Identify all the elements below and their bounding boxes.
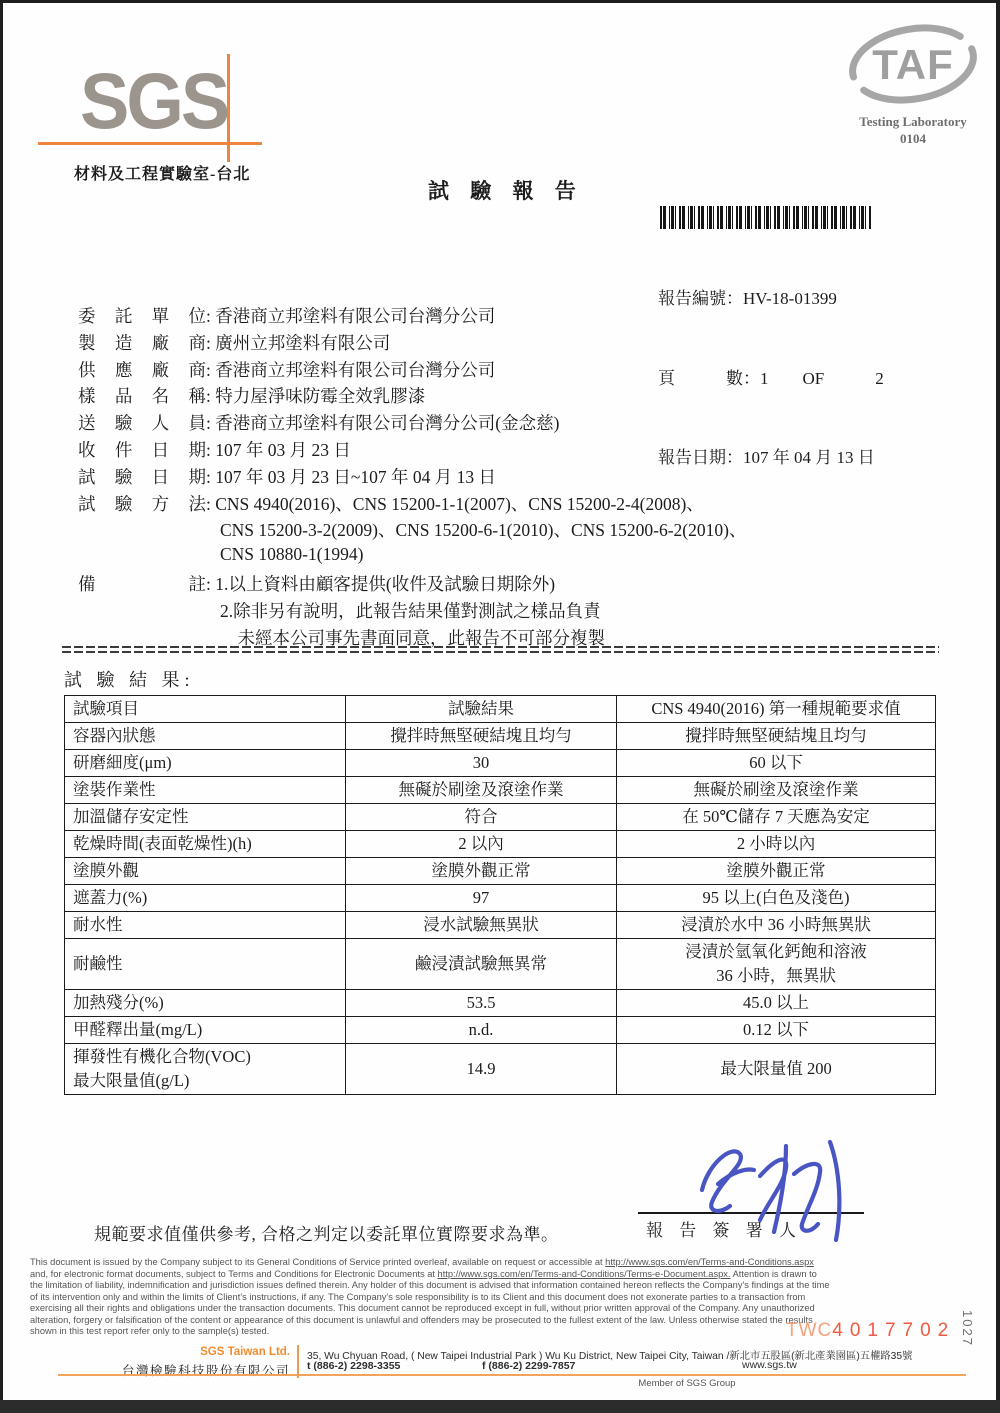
- cell-item: 乾燥時間(表面乾燥性)(h): [65, 831, 346, 858]
- taf-ellipse-icon: TAF: [843, 22, 983, 108]
- cell-result: 浸水試驗無異狀: [346, 912, 617, 939]
- info-row-submitter: 送驗人員: 香港商立邦塗料有限公司台灣分公司(金念慈): [78, 410, 746, 437]
- info-label: 試驗日期: [78, 464, 206, 489]
- table-header-row: 試驗項目 試驗結果 CNS 4940(2016) 第一種規範要求值: [65, 696, 936, 723]
- info-row-test-method-cont: CNS 10880-1(1994): [78, 544, 746, 571]
- col-header-spec: CNS 4940(2016) 第一種規範要求值: [617, 696, 936, 723]
- table-row: 塗裝作業性無礙於刷塗及滾塗作業無礙於刷塗及滾塗作業: [65, 777, 936, 804]
- cell-item: 塗裝作業性: [65, 777, 346, 804]
- page-side-number: 1027: [960, 1310, 975, 1347]
- table-row: 容器內狀態攪拌時無堅硬結塊且均勻攪拌時無堅硬結塊且均勻: [65, 723, 936, 750]
- e-document-url: http://www.sgs.com/en/Terms-and-Conditio…: [438, 1269, 731, 1279]
- info-label: 收件日期: [78, 437, 206, 462]
- cell-spec: 最大限量值 200: [617, 1044, 936, 1095]
- company-address: 35, Wu Chyuan Road, ( New Taipei Industr…: [307, 1347, 977, 1362]
- table-row: 塗膜外觀塗膜外觀正常塗膜外觀正常: [65, 858, 936, 885]
- info-label: 供應廠商: [78, 357, 206, 382]
- info-value: CNS 10880-1(1994): [206, 544, 363, 565]
- info-row-remark-cont: 2.除非另有說明，此報告結果僅對測試之樣品負責: [78, 598, 746, 625]
- table-row: 揮發性有機化合物(VOC) 最大限量值(g/L)14.9最大限量值 200: [65, 1044, 936, 1095]
- info-label: 委託單位: [78, 303, 206, 328]
- results-heading: 試 驗 結 果:: [64, 666, 195, 692]
- signature: [688, 1126, 860, 1244]
- fax-number: f (886-2) 2299-7857: [482, 1360, 575, 1372]
- col-header-item: 試驗項目: [65, 696, 346, 723]
- cell-result: 攪拌時無堅硬結塊且均勻: [346, 723, 617, 750]
- cell-spec: 60 以下: [617, 750, 936, 777]
- info-value: : 1.以上資料由顧客提供(收件及試驗日期除外): [206, 571, 555, 596]
- company-name-en: SGS Taiwan Ltd.: [172, 1346, 290, 1358]
- scan-bottom-edge: [0, 1400, 1000, 1413]
- info-row-manufacturer: 製造廠商: 廣州立邦塗料有限公司: [78, 330, 746, 357]
- document-control-number: TWC4017702: [786, 1320, 955, 1342]
- table-row: 乾燥時間(表面乾燥性)(h)2 以內2 小時以內: [65, 831, 936, 858]
- disclaimer-line: This document is issued by the Company s…: [30, 1257, 968, 1269]
- table-row: 研磨細度(μm)3060 以下: [65, 750, 936, 777]
- disclaimer-line: and, for electronic format documents, su…: [30, 1269, 968, 1281]
- info-row-sample-name: 樣品名稱: 特力屋淨味防霉全效乳膠漆: [78, 383, 746, 410]
- cell-item: 塗膜外觀: [65, 858, 346, 885]
- info-value: : CNS 4940(2016)、CNS 15200-1-1(2007)、CNS…: [206, 491, 704, 516]
- info-row-supplier: 供應廠商: 香港商立邦塗料有限公司台灣分公司: [78, 357, 746, 384]
- info-value: : 特力屋淨味防霉全效乳膠漆: [206, 383, 425, 408]
- member-of-sgs-group: Member of SGS Group: [622, 1378, 752, 1389]
- section-separator: [62, 646, 939, 653]
- spec-reference-note: 規範要求值僅供參考, 合格之判定以委託單位實際要求為準。: [94, 1220, 559, 1245]
- cell-result: n.d.: [346, 1017, 617, 1044]
- barcode: [660, 206, 872, 229]
- cell-result: 53.5: [346, 990, 617, 1017]
- cell-spec: 浸漬於氫氧化鈣飽和溶液 36 小時，無異狀: [617, 939, 936, 990]
- cell-item: 容器內狀態: [65, 723, 346, 750]
- cell-item: 加熱殘分(%): [65, 990, 346, 1017]
- cell-spec: 95 以上(白色及淺色): [617, 885, 936, 912]
- table-row: 耐鹼性鹼浸漬試驗無異常浸漬於氫氧化鈣飽和溶液 36 小時，無異狀: [65, 939, 936, 990]
- info-row-client: 委託單位: 香港商立邦塗料有限公司台灣分公司: [78, 303, 746, 330]
- cell-spec: 攪拌時無堅硬結塊且均勻: [617, 723, 936, 750]
- table-row: 耐水性浸水試驗無異狀浸漬於水中 36 小時無異狀: [65, 912, 936, 939]
- cell-result: 鹼浸漬試驗無異常: [346, 939, 617, 990]
- cell-spec: 45.0 以上: [617, 990, 936, 1017]
- cell-item: 研磨細度(μm): [65, 750, 346, 777]
- disclaimer-line: of its intervention only and within the …: [30, 1292, 968, 1304]
- cell-result: 97: [346, 885, 617, 912]
- disclaimer-line: the limitation of liability, indemnifica…: [30, 1280, 968, 1292]
- table-row: 加溫儲存安定性符合在 50℃儲存 7 天應為安定: [65, 804, 936, 831]
- sgs-logo: SGS: [36, 38, 276, 170]
- cell-spec: 塗膜外觀正常: [617, 858, 936, 885]
- disclaimer-line: exercising all their rights and obligati…: [30, 1303, 968, 1315]
- cell-result: 塗膜外觀正常: [346, 858, 617, 885]
- info-label: 樣品名稱: [78, 383, 206, 408]
- report-title: 試 驗 報 告: [428, 175, 584, 205]
- sample-info-block: 委託單位: 香港商立邦塗料有限公司台灣分公司 製造廠商: 廣州立邦塗料有限公司 …: [78, 303, 746, 651]
- cell-item: 耐水性: [65, 912, 346, 939]
- taf-label: Testing Laboratory: [838, 113, 988, 130]
- info-value: : 香港商立邦塗料有限公司台灣分公司: [206, 357, 495, 382]
- cell-item: 揮發性有機化合物(VOC) 最大限量值(g/L): [65, 1044, 346, 1095]
- table-row: 甲醛釋出量(mg/L)n.d.0.12 以下: [65, 1017, 936, 1044]
- info-row-test-date: 試驗日期: 107 年 03 月 23 日~107 年 04 月 13 日: [78, 464, 746, 491]
- cell-spec: 無礙於刷塗及滾塗作業: [617, 777, 936, 804]
- svg-text:TAF: TAF: [872, 41, 954, 88]
- sgs-logo-text: SGS: [80, 60, 227, 143]
- lab-name: 材料及工程實驗室-台北: [74, 161, 250, 184]
- results-table: 試驗項目 試驗結果 CNS 4940(2016) 第一種規範要求值 容器內狀態攪…: [64, 695, 936, 1095]
- info-row-test-method-cont: CNS 15200-3-2(2009)、CNS 15200-6-1(2010)、…: [78, 517, 746, 544]
- info-row-test-method: 試驗方法: CNS 4940(2016)、CNS 15200-1-1(2007)…: [78, 491, 746, 518]
- info-row-received-date: 收件日期: 107 年 03 月 23 日: [78, 437, 746, 464]
- terms-url: http://www.sgs.com/en/Terms-and-Conditio…: [605, 1257, 814, 1267]
- cell-result: 符合: [346, 804, 617, 831]
- info-row-remark: 備註: 1.以上資料由顧客提供(收件及試驗日期除外): [78, 571, 746, 598]
- col-header-result: 試驗結果: [346, 696, 617, 723]
- taf-number: 0104: [838, 130, 988, 147]
- cell-spec: 2 小時以內: [617, 831, 936, 858]
- info-label: 備註: [78, 571, 206, 596]
- cell-result: 30: [346, 750, 617, 777]
- cell-spec: 0.12 以下: [617, 1017, 936, 1044]
- cell-result: 14.9: [346, 1044, 617, 1095]
- info-label: 送驗人員: [78, 410, 206, 435]
- cell-result: 2 以內: [346, 831, 617, 858]
- cell-item: 耐鹼性: [65, 939, 346, 990]
- info-label: 製造廠商: [78, 330, 206, 355]
- info-value: 2.除非另有說明，此報告結果僅對測試之樣品負責: [206, 598, 601, 623]
- cell-result: 無礙於刷塗及滾塗作業: [346, 777, 617, 804]
- info-label: 試驗方法: [78, 491, 206, 516]
- cell-item: 遮蓋力(%): [65, 885, 346, 912]
- info-value: : 香港商立邦塗料有限公司台灣分公司(金念慈): [206, 410, 559, 435]
- info-value: : 107 年 03 月 23 日: [206, 437, 351, 462]
- footer-rule: [58, 1374, 966, 1376]
- table-row: 加熱殘分(%)53.545.0 以上: [65, 990, 936, 1017]
- info-value: : 廣州立邦塗料有限公司: [206, 330, 390, 355]
- info-value: : 107 年 03 月 23 日~107 年 04 月 13 日: [206, 464, 496, 489]
- info-value: : 香港商立邦塗料有限公司台灣分公司: [206, 303, 495, 328]
- cell-spec: 浸漬於水中 36 小時無異狀: [617, 912, 936, 939]
- cell-item: 甲醛釋出量(mg/L): [65, 1017, 346, 1044]
- sgs-logo-crosshair-vertical: [227, 54, 230, 162]
- website-url: www.sgs.tw: [742, 1359, 797, 1371]
- info-value: CNS 15200-3-2(2009)、CNS 15200-6-1(2010)、…: [206, 517, 746, 542]
- table-row: 遮蓋力(%)9795 以上(白色及淺色): [65, 885, 936, 912]
- phone-number: t (886-2) 2298-3355: [307, 1360, 400, 1372]
- cell-item: 加溫儲存安定性: [65, 804, 346, 831]
- cell-spec: 在 50℃儲存 7 天應為安定: [617, 804, 936, 831]
- taf-accreditation-logo: TAF Testing Laboratory 0104: [838, 22, 988, 147]
- company-name-zh: 台灣檢驗科技股份有限公司: [102, 1361, 290, 1379]
- sgs-logo-crosshair-horizontal: [38, 142, 262, 145]
